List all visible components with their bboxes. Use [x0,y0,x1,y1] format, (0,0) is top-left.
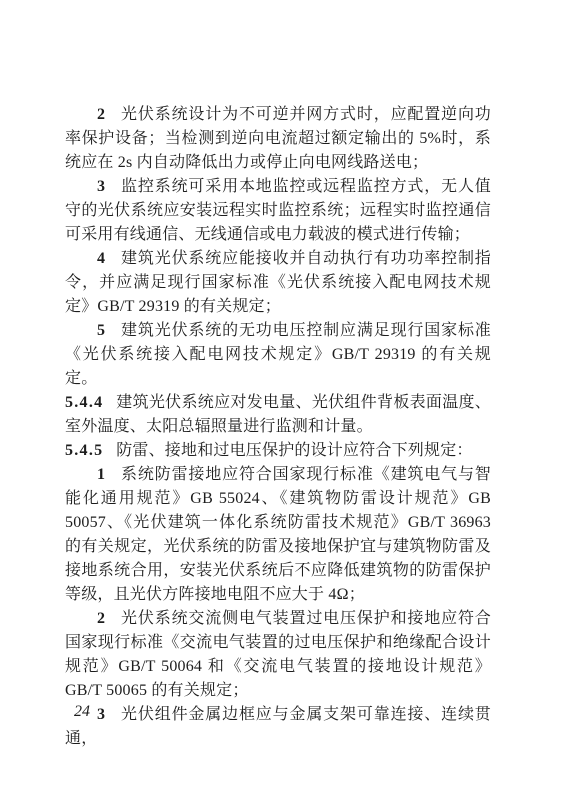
clause-item-text: 建筑光伏系统的无功电压控制应满足现行国家标准《光伏系统接入配电网技术规定》GB/… [65,322,491,387]
clause-item-text: 光伏系统设计为不可逆并网方式时，应配置逆向功率保护设备；当检测到逆向电流超过额定… [65,106,491,171]
clause-item-text: 光伏组件金属边框应与金属支架可靠连接、连续贯通， [65,706,491,747]
clause-item-number: 5 [97,322,105,339]
page-body-text: 2光伏系统设计为不可逆并网方式时，应配置逆向功率保护设备；当检测到逆向电流超过额… [65,103,491,751]
clause-item: 1系统防雷接地应符合国家现行标准《建筑电气与智能化通用规范》GB 55024、《… [65,463,491,607]
clause-item: 4建筑光伏系统应能接收并自动执行有功功率控制指令，并应满足现行国家标准《光伏系统… [65,247,491,319]
section-clause-text: 防雷、接地和过电压保护的设计应符合下列规定： [116,442,472,459]
clause-item-number: 2 [97,106,105,123]
clause-item-number: 3 [97,178,105,195]
section-clause-text: 建筑光伏系统应对发电量、光伏组件背板表面温度、室外温度、太阳总辐照量进行监测和计… [65,394,491,435]
clause-item-text: 光伏系统交流侧电气装置过电压保护和接地应符合国家现行标准《交流电气装置的过电压保… [65,610,491,699]
clause-item: 3监控系统可采用本地监控或远程监控方式，无人值守的光伏系统应安装远程实时监控系统… [65,175,491,247]
clause-item-text: 建筑光伏系统应能接收并自动执行有功功率控制指令，并应满足现行国家标准《光伏系统接… [65,250,491,315]
section-clause: 5.4.5防雷、接地和过电压保护的设计应符合下列规定： [65,439,491,463]
clause-item-number: 4 [97,250,105,267]
clause-item-text: 监控系统可采用本地监控或远程监控方式，无人值守的光伏系统应安装远程实时监控系统；… [65,178,491,243]
section-clause-number: 5.4.5 [65,442,103,459]
clause-item: 2光伏系统交流侧电气装置过电压保护和接地应符合国家现行标准《交流电气装置的过电压… [65,607,491,703]
document-page: 2光伏系统设计为不可逆并网方式时，应配置逆向功率保护设备；当检测到逆向电流超过额… [0,0,561,804]
clause-item-text: 系统防雷接地应符合国家现行标准《建筑电气与智能化通用规范》GB 55024、《建… [65,466,491,603]
clause-item: 3光伏组件金属边框应与金属支架可靠连接、连续贯通， [65,703,491,751]
clause-item: 2光伏系统设计为不可逆并网方式时，应配置逆向功率保护设备；当检测到逆向电流超过额… [65,103,491,175]
section-clause-number: 5.4.4 [65,394,103,411]
section-clause: 5.4.4建筑光伏系统应对发电量、光伏组件背板表面温度、室外温度、太阳总辐照量进… [65,391,491,439]
page-number: 24 [74,700,90,724]
clause-item-number: 1 [97,466,105,483]
clause-item: 5建筑光伏系统的无功电压控制应满足现行国家标准《光伏系统接入配电网技术规定》GB… [65,319,491,391]
clause-item-number: 2 [97,610,105,627]
clause-item-number: 3 [97,706,105,723]
